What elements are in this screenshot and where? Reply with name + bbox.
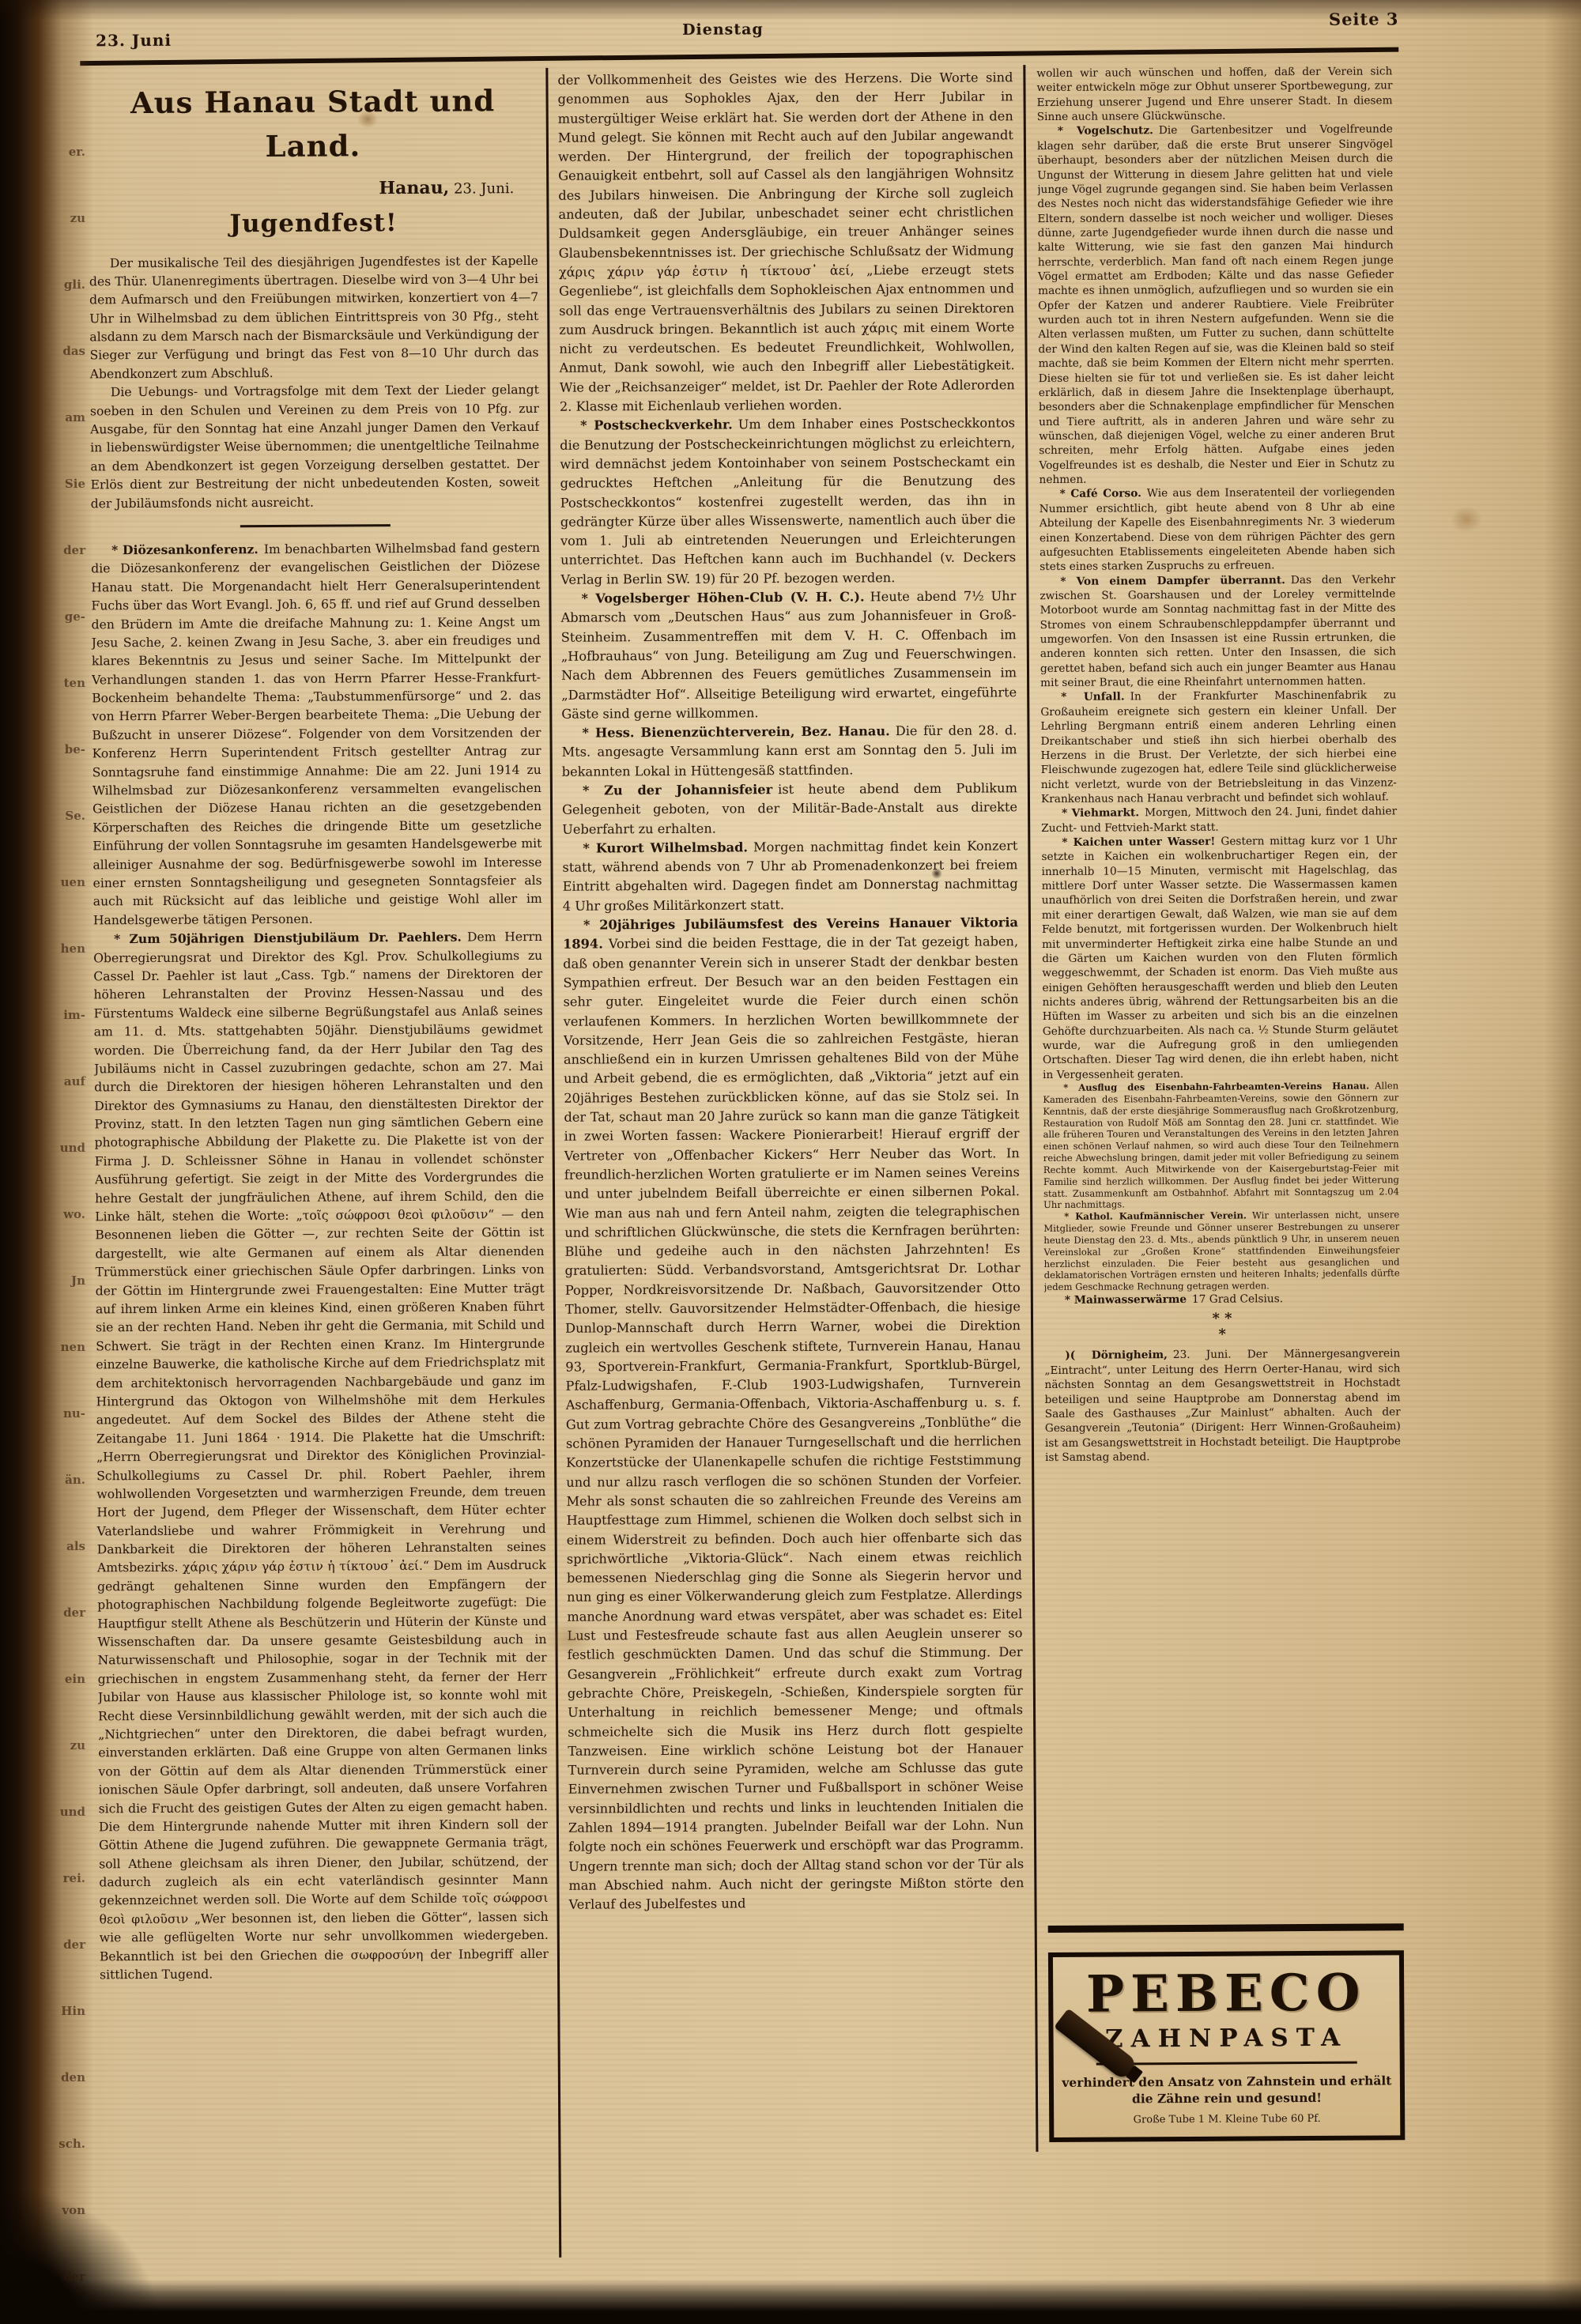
article-title: * Viehmarkt. (1062, 807, 1139, 821)
article-title: * Ausflug des Eisenbahn-Fahrbeamten-Vere… (1063, 1081, 1369, 1093)
article-vogelsberger-hoehen-club: * Vogelsberger Höhen-Club (V. H. C.).Heu… (560, 587, 1017, 724)
article-title: * Hess. Bienenzüchterverein, Bez. Hanau. (582, 723, 889, 740)
article-dampfer-ueberrannt: * Von einem Dampfer überrannt.Das den Ve… (1040, 572, 1396, 691)
column-3: wollen wir auch wünschen und hoffen, daß… (1036, 64, 1403, 1926)
article-text: Vorbei sind die beiden Festtage, die in … (563, 934, 1024, 1912)
article-title: * Zum 50jährigen Dienstjubiläum Dr. Paeh… (114, 930, 462, 947)
lead-paragraph: Der musikalische Teil des diesjährigen J… (89, 251, 539, 383)
article-dienstjubilaeum-paehler: * Zum 50jährigen Dienstjubiläum Dr. Paeh… (93, 927, 549, 1985)
section-headline: Aus Hanau Stadt und Land. (88, 79, 538, 169)
asterisk-ornament: * * * (1044, 1311, 1400, 1345)
article-text: Das den Verkehr zwischen St. Goarshausen… (1040, 573, 1396, 689)
article-text: Allen Kameraden des Eisenbahn-Fahrbeamte… (1043, 1080, 1399, 1210)
correspondence-title: )( Dörnigheim, (1065, 1349, 1168, 1363)
article-text: Heute abend 7½ Uhr Abmarsch vom „Deutsch… (561, 588, 1017, 721)
lead-paragraph: Die Uebungs- und Vortragsfolge mit dem T… (90, 381, 540, 513)
masthead-page-number: Seite 3 (1329, 9, 1399, 29)
article-kathol-kaufmaennischer-verein: * Kathol. Kaufmännischer Verein.Wir unte… (1043, 1209, 1400, 1294)
article-dioezesankonferenz: * Diözesankonferenz.Im benachbarten Wilh… (91, 538, 542, 930)
article-title: * Diözesankonferenz. (111, 541, 258, 557)
article-title: * Postscheckverkehr. (580, 417, 733, 433)
correspondence-text: 23. Juni. Der Männergesangverein „Eintra… (1044, 1348, 1401, 1464)
continued-paragraph: der Vollkommenheit des Geistes wie des H… (557, 68, 1015, 417)
correspondence-doernigheim: )( Dörnigheim,23. Juni. Der Männergesang… (1044, 1347, 1401, 1466)
article-kurort-wilhelmsbad: * Kurort Wilhelmsbad.Morgen nachmittag f… (562, 836, 1018, 916)
article-title: * Zu der Johannisfeier (583, 782, 772, 798)
column-2: der Vollkommenheit des Geistes wie des H… (557, 68, 1025, 2157)
article-postscheckverkehr: * Postscheckverkehr.Um dem Inhaber eines… (560, 414, 1016, 590)
article-subhead-jugendfest: Jugendfest! (89, 204, 538, 243)
ad-price-line: Große Tube 1 M. Kleine Tube 60 Pf. (1062, 2112, 1392, 2126)
note-title: * Mainwasserwärme (1065, 1293, 1187, 1307)
newspaper-page: 23. Juni Dienstag Seite 3 Aus Hanau Stad… (0, 0, 1581, 2324)
article-johannisfeier: * Zu der Johannisfeierist heute abend de… (562, 779, 1017, 839)
ad-brand-name: PEBECO (1061, 1967, 1391, 2020)
article-ausflug-eisenbahn-verein: * Ausflug des Eisenbahn-Fahrbeamten-Vere… (1043, 1080, 1399, 1211)
dateline-date: 23. Juni. (449, 180, 514, 198)
article-jubilaeumsfest-viktoria: * 20jähriges Jubiläumsfest des Vereins H… (563, 913, 1024, 1915)
continued-paragraph: wollen wir auch wünschen und hoffen, daß… (1036, 64, 1392, 124)
article-unfall: * Unfall.In der Frankfurter Maschinenfab… (1040, 689, 1397, 807)
section-divider (240, 524, 391, 527)
article-text: Um dem Inhaber eines Postscheckkontos di… (560, 416, 1016, 587)
article-title: * Vogelschutz. (1058, 125, 1153, 138)
article-title: * Von einem Dampfer überrannt. (1060, 574, 1285, 588)
note-mainwasserwaerme: * Mainwasserwärme17 Grad Celsius. (1044, 1291, 1400, 1307)
ad-slogan: verhindert den Ansatz von Zahnstein und … (1062, 2073, 1392, 2107)
article-vogelschutz: * Vogelschutz.Die Gartenbesitzer und Vog… (1037, 123, 1395, 488)
column-divider-2 (1023, 65, 1038, 2152)
article-title: * Café Corso. (1060, 488, 1141, 501)
masthead-rule (80, 47, 1398, 66)
article-title: * Vogelsberger Höhen-Club (V. H. C.). (581, 589, 864, 606)
column-1: Aus Hanau Stadt und Land. Hanau, 23. Jun… (88, 74, 550, 2281)
article-title: * Unfall. (1061, 691, 1125, 704)
masthead-date: 23. Juni (96, 31, 172, 51)
dateline: Hanau, 23. Juni. (89, 175, 538, 203)
article-text: Im benachbarten Wilhelmsbad fand gestern… (91, 541, 542, 927)
masthead-day: Dienstag (682, 21, 764, 39)
article-title: * Kurort Wilhelmsbad. (583, 839, 748, 855)
article-bienenzuechterverein: * Hess. Bienenzüchterverein, Bez. Hanau.… (561, 721, 1017, 781)
advertisement-top-rule (1048, 1923, 1404, 1933)
note-value: 17 Grad Celsius. (1192, 1292, 1283, 1306)
print-area: 23. Juni Dienstag Seite 3 Aus Hanau Stad… (0, 0, 1581, 2324)
article-kaichen-unter-wasser: * Kaichen unter Wasser!Gestern mittag ku… (1041, 833, 1398, 1082)
article-text: In der Frankfurter Maschinenfabrik zu Gr… (1040, 689, 1397, 805)
pebeco-advertisement: PEBECO ZAHNPASTA verhindert den Ansatz v… (1048, 1950, 1405, 2142)
article-title: * Kaichen unter Wasser! (1062, 836, 1215, 849)
ad-divider-rule (1096, 2062, 1357, 2066)
article-cafe-corso: * Café Corso.Wie aus dem Inseratenteil d… (1040, 485, 1396, 575)
article-text: Die Gartenbesitzer und Vogelfreunde klag… (1037, 123, 1395, 486)
article-viehmarkt: * Viehmarkt.Morgen, Mittwoch den 24. Jun… (1041, 805, 1397, 836)
article-title: * Kathol. Kaufmännischer Verein. (1064, 1210, 1247, 1222)
article-text: Gestern mittag kurz vor 1 Uhr setzte in … (1041, 834, 1398, 1081)
adjacent-page-text-fragments: er. zu gli. das am Sie der ge- ten be- S… (27, 119, 85, 2310)
dateline-city: Hanau, (379, 178, 449, 199)
article-text: Dem Herrn Oberregierungsrat und Direktor… (93, 930, 549, 1982)
